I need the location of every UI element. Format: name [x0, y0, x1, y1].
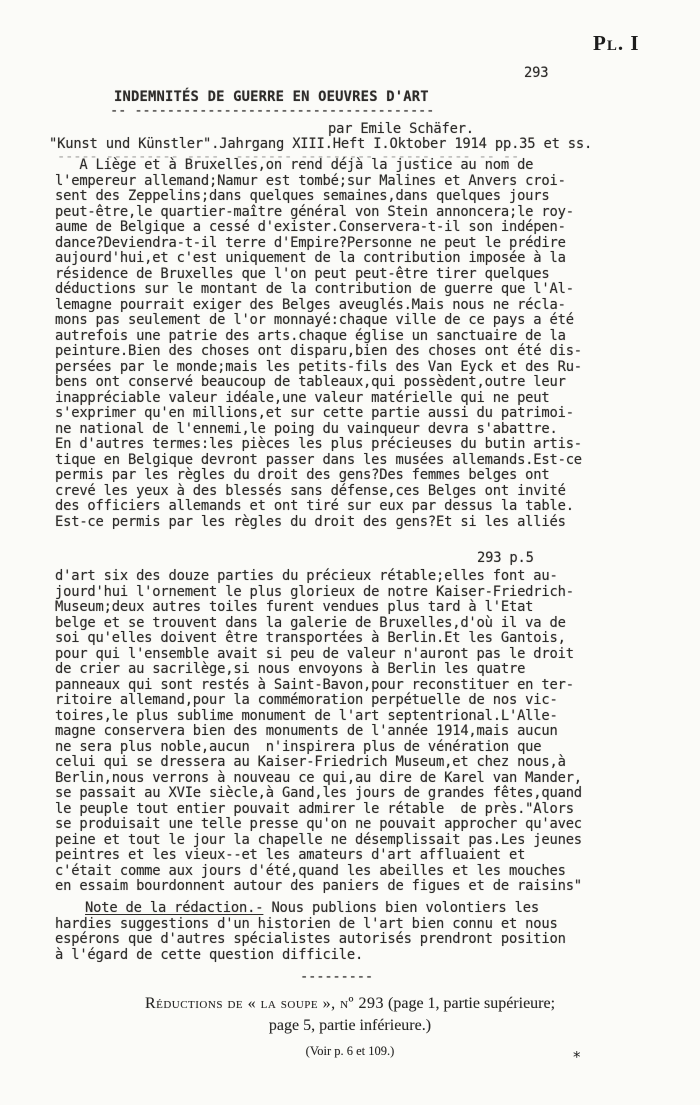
caption-reference: (Voir p. 6 et 109.) [0, 1044, 700, 1059]
footnote-asterisk: * [573, 1048, 581, 1066]
page-number-top: 293 [524, 66, 548, 82]
caption-line-1-rest: (page 1, partie supérieure; [384, 995, 555, 1012]
paragraph-page5: d'art six des douze parties du précieux … [55, 569, 670, 895]
title-underline: -- ------------------------------------- [110, 106, 434, 116]
caption-line-1: Réductions de « la soupe », nº 293 (page… [0, 994, 700, 1014]
paragraph-page1: A Liège et à Bruxelles,on rend déjà la j… [55, 158, 670, 530]
section-separator: --------- [300, 972, 373, 982]
caption-line-2: page 5, partie inférieure.) [0, 1016, 700, 1036]
note-label: Note de la rédaction.- [85, 900, 263, 916]
page-marker: 293 p.5 [477, 551, 534, 567]
caption-title: Réductions de « la soupe », nº 293 [145, 995, 384, 1012]
editorial-note: Note de la rédaction.- Nous publions bie… [55, 901, 670, 963]
plate-label: Pl. I [593, 31, 640, 56]
scanned-document-page: Pl. I 293 INDEMNITÉS DE GUERRE EN OEUVRE… [0, 0, 700, 1105]
